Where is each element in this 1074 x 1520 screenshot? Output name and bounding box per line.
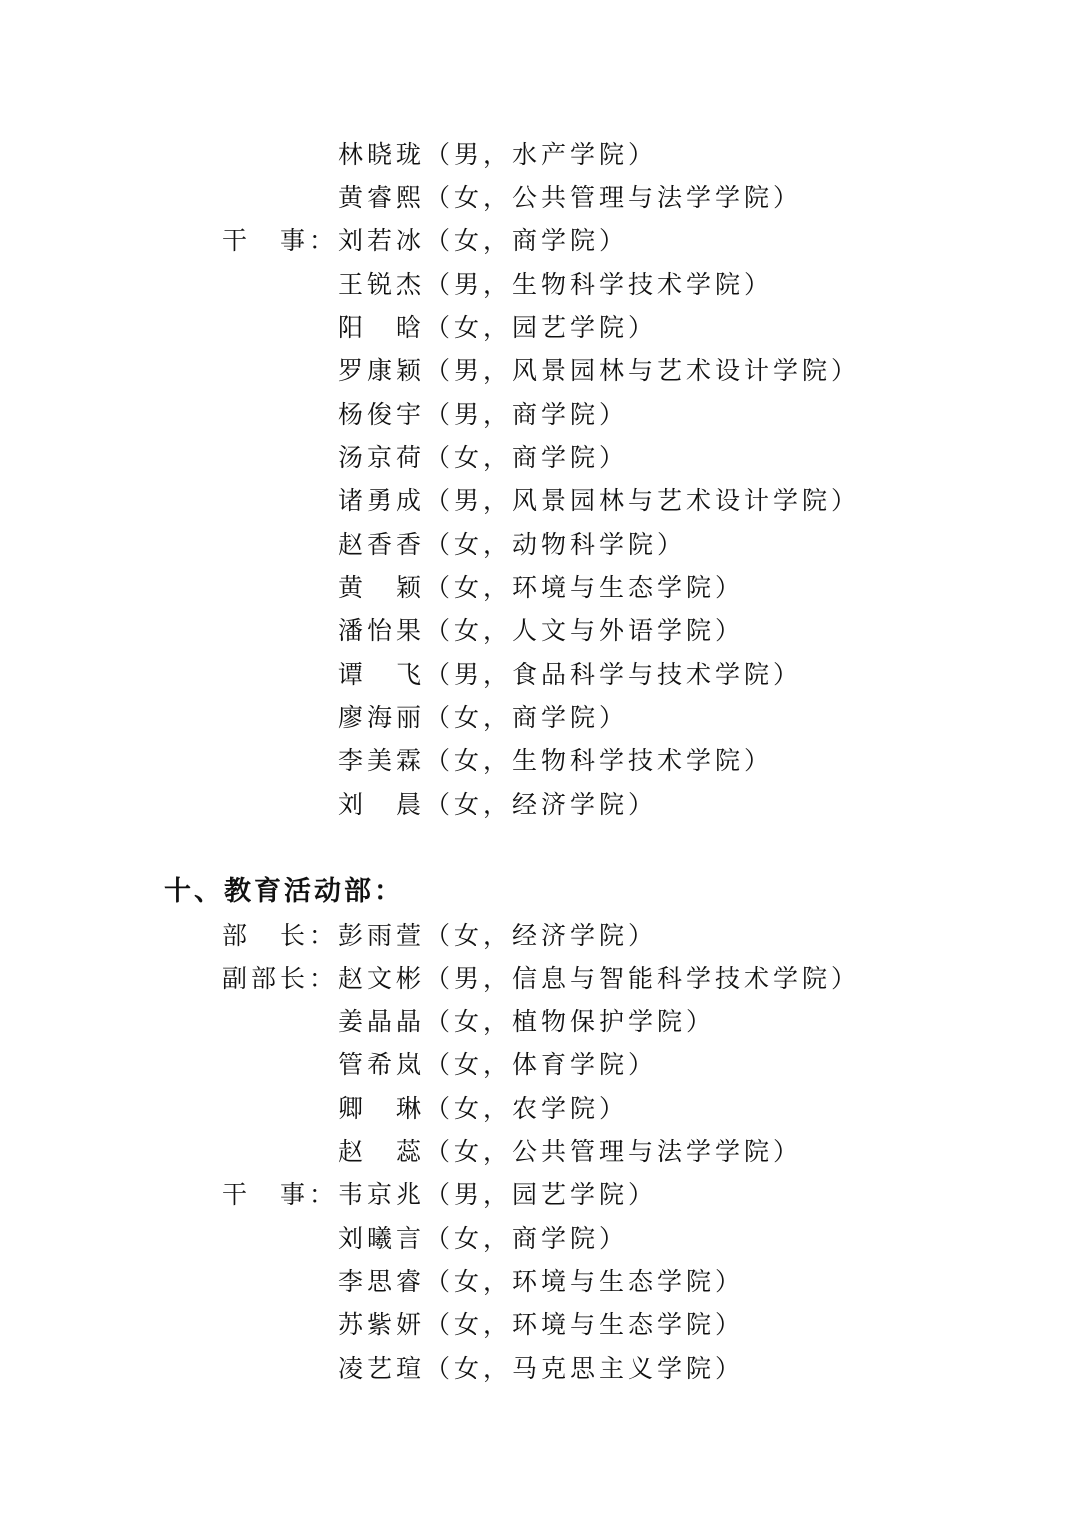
- member-entry: 苏紫妍（女，环境与生态学院）: [338, 1303, 744, 1346]
- member-entry: 刘曦言（女，商学院）: [338, 1217, 628, 1260]
- member-entry: 王锐杰（男，生物科学技术学院）: [338, 263, 773, 306]
- member-entry: 罗康颖（男，风景园林与艺术设计学院）: [338, 349, 860, 392]
- role-label-vice-minister: 副部长：: [222, 957, 338, 1000]
- member-entry: 李美霖（女，生物科学技术学院）: [338, 739, 773, 782]
- member-entry: 汤京荷（女，商学院）: [338, 436, 628, 479]
- member-entry: 诸勇成（男，风景园林与艺术设计学院）: [338, 479, 860, 522]
- member-entry: 潘怡果（女，人文与外语学院）: [338, 609, 744, 652]
- role-label-officers: 干 事：: [222, 1173, 338, 1216]
- member-entry: 赵香香（女，动物科学院）: [338, 523, 686, 566]
- member-entry: 黄 颖（女，环境与生态学院）: [338, 566, 744, 609]
- member-entry: 管希岚（女，体育学院）: [338, 1043, 657, 1086]
- member-entry: 彭雨萱（女，经济学院）: [338, 914, 657, 957]
- member-entry: 赵 蕊（女，公共管理与法学学院）: [338, 1130, 802, 1173]
- role-label-officers: 干 事：: [222, 219, 338, 262]
- role-label-minister: 部 长：: [222, 914, 338, 957]
- member-entry: 黄睿熙（女，公共管理与法学学院）: [338, 176, 802, 219]
- member-entry: 杨俊宇（男，商学院）: [338, 393, 628, 436]
- member-entry: 刘若冰（女，商学院）: [338, 219, 628, 262]
- member-entry: 姜晶晶（女，植物保护学院）: [338, 1000, 715, 1043]
- member-entry: 韦京兆（男，园艺学院）: [338, 1173, 657, 1216]
- member-entry: 刘 晨（女，经济学院）: [338, 783, 657, 826]
- member-entry: 廖海丽（女，商学院）: [338, 696, 628, 739]
- member-entry: 李思睿（女，环境与生态学院）: [338, 1260, 744, 1303]
- member-entry: 谭 飞（男，食品科学与技术学院）: [338, 653, 802, 696]
- member-entry: 赵文彬（男，信息与智能科学技术学院）: [338, 957, 860, 1000]
- member-entry: 阳 晗（女，园艺学院）: [338, 306, 657, 349]
- section-heading: 十、教育活动部：: [164, 870, 404, 913]
- member-entry: 凌艺瑄（女，马克思主义学院）: [338, 1347, 744, 1390]
- member-entry: 卿 琳（女，农学院）: [338, 1087, 628, 1130]
- member-entry: 林晓珑（男，水产学院）: [338, 133, 657, 176]
